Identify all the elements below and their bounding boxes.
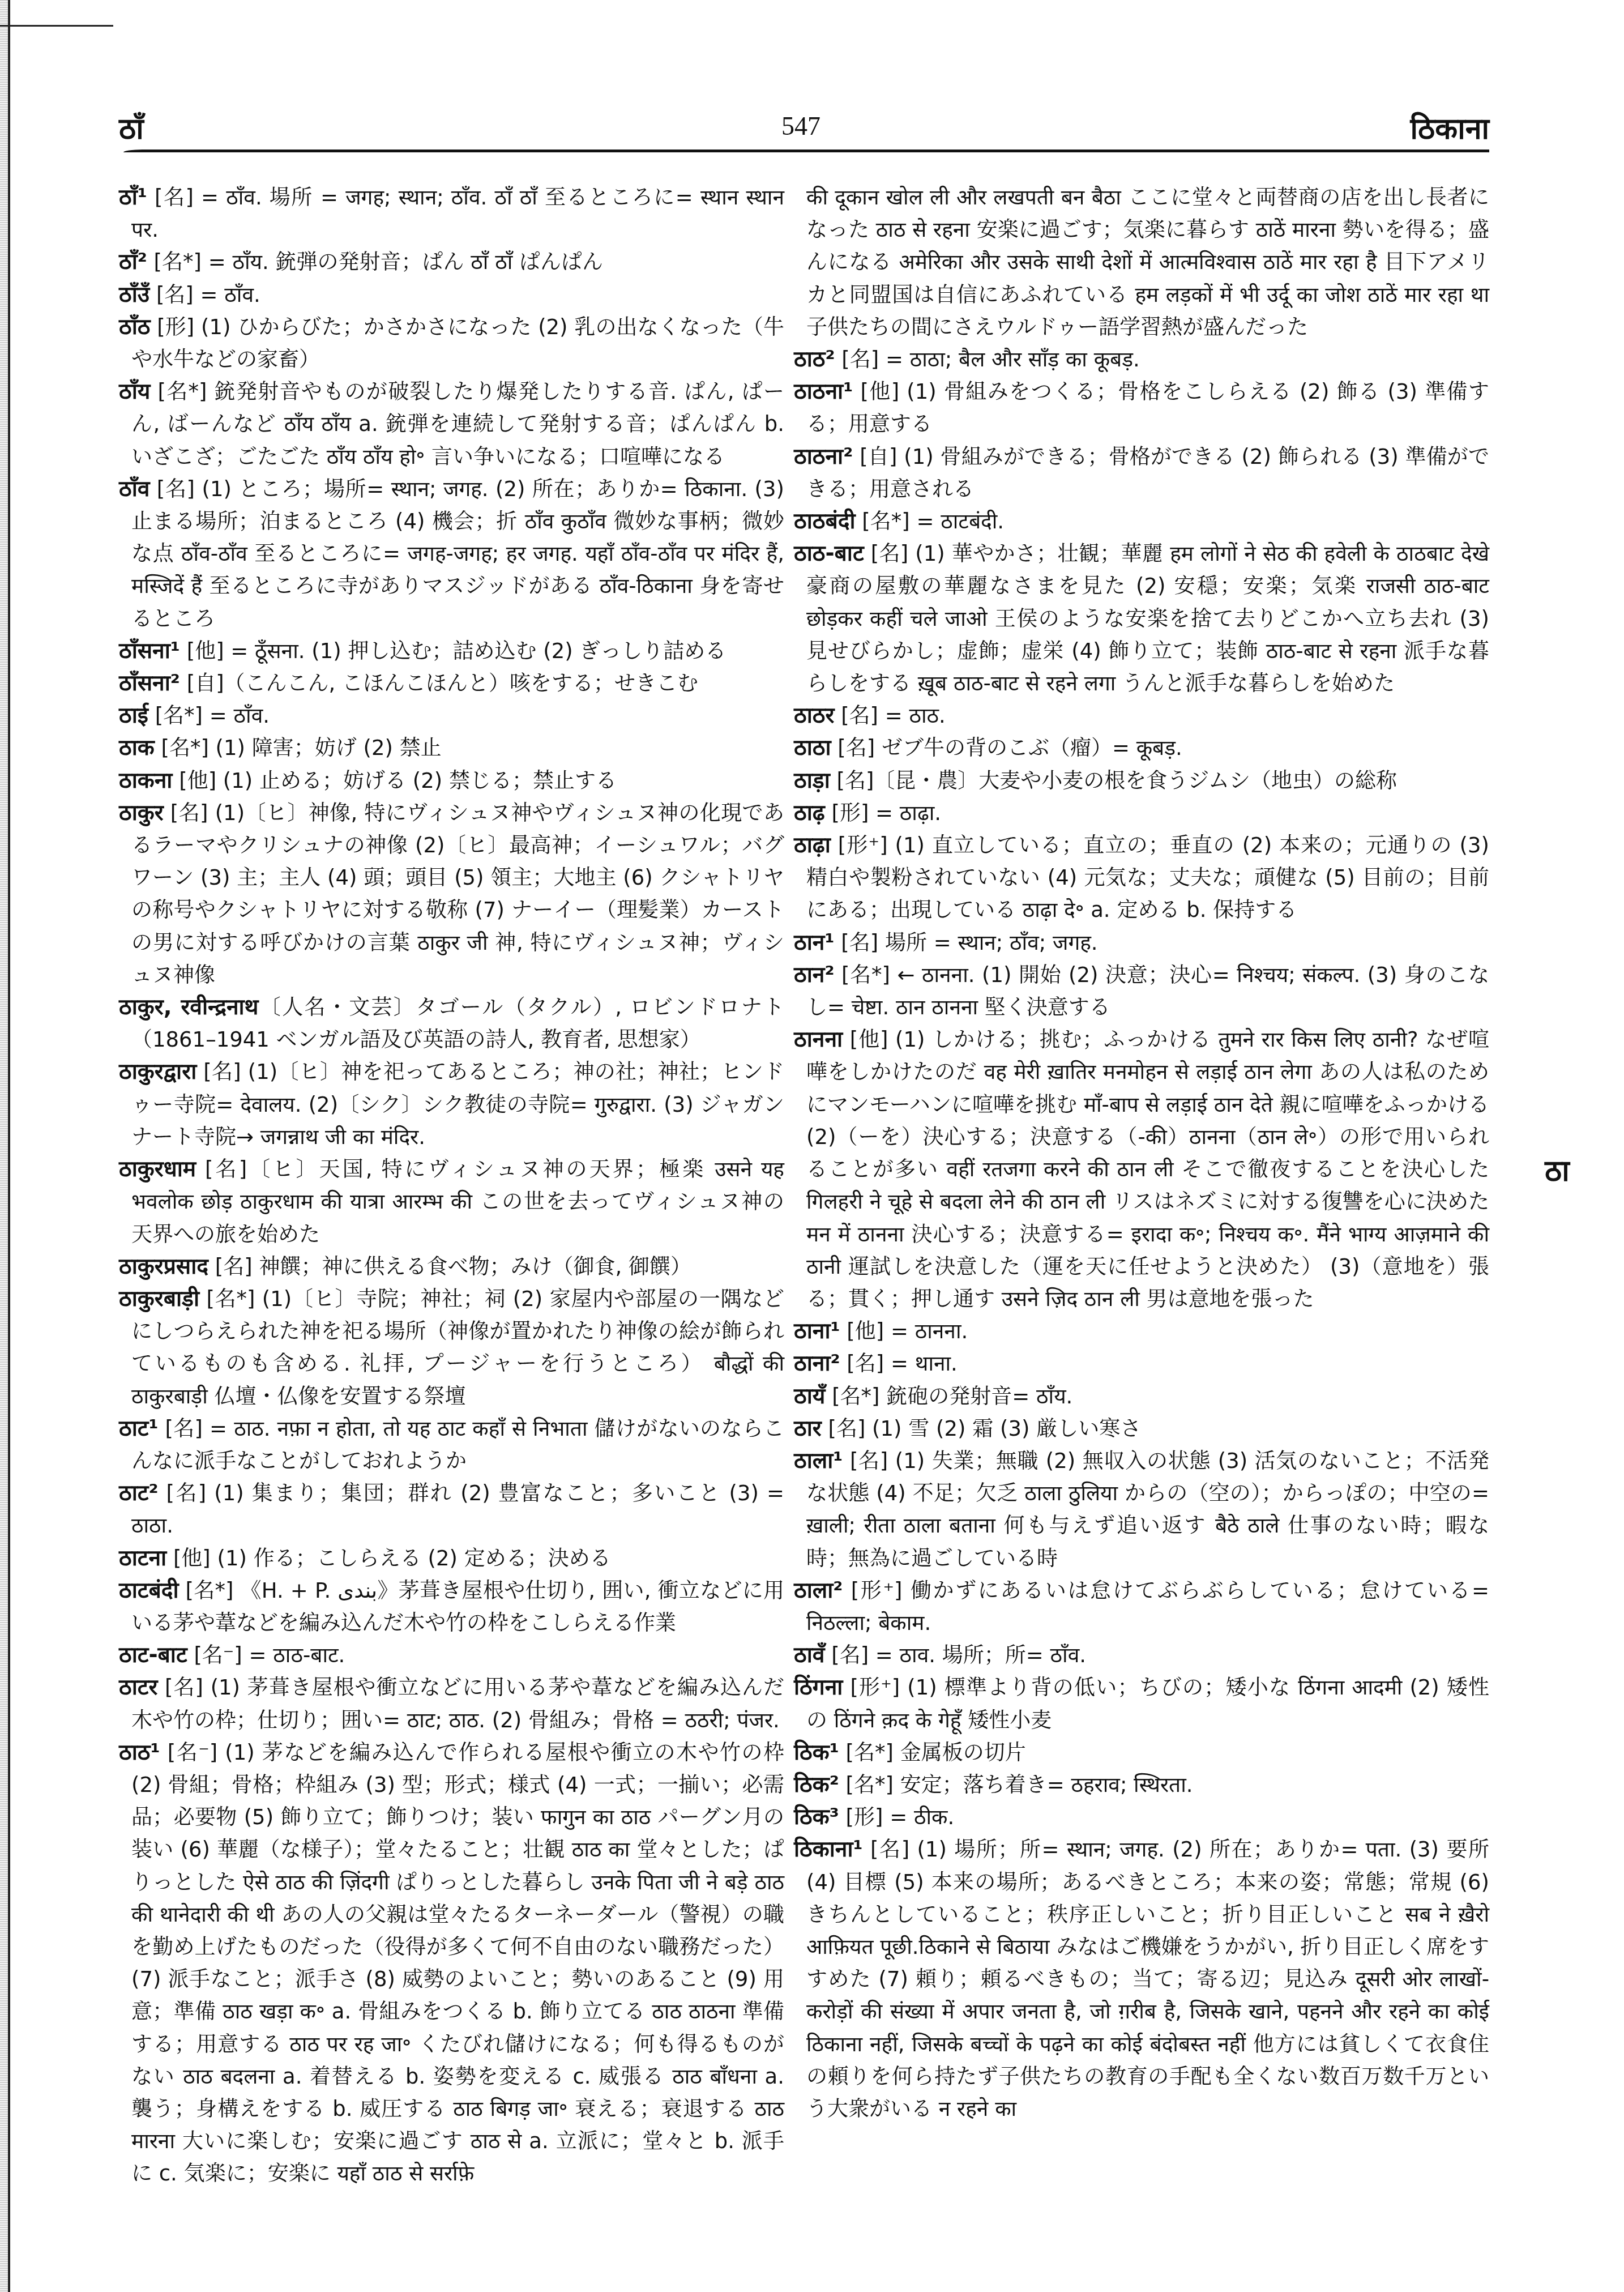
entry-definition: [名] (1)〔ヒ〕神を祀ってあるところ；神の社；神社；ヒンドゥー寺院= देव… bbox=[131, 1060, 784, 1149]
entry-definition: [形] (1) ひからびた；かさかさになった (2) 乳の出なくなった（牛や水牛… bbox=[131, 315, 784, 372]
entry-headword: ठाकुरधाम bbox=[119, 1156, 196, 1182]
entry-definition: [名*] = ठाँय. 銃弾の発射音；ぱん ठाँ ठाँ ぱんぱん bbox=[147, 250, 603, 274]
entry-definition: [名] (1) 雪 (2) 霜 (3) 厳しい寒さ bbox=[822, 1416, 1141, 1441]
entry-headword: ठाटना bbox=[119, 1546, 166, 1571]
entry-headword: ठाट-बाट bbox=[119, 1642, 187, 1668]
dictionary-entry: ठाट² [名] (1) 集まり；集団；群れ (2) 豊富なこと；多いこと (3… bbox=[119, 1477, 784, 1542]
entry-definition: [名] 場所 = स्थान; ठाँव; जगह. bbox=[835, 931, 1098, 955]
entry-definition: [名] (1) 場所；所= स्थान; जगह. (2) 所在；ありか= पत… bbox=[806, 1837, 1489, 2121]
entry-definition: [他] (1) 止める；妨げる (2) 禁じる；禁止する bbox=[172, 769, 617, 793]
entry-headword: ठाँठ bbox=[119, 314, 150, 340]
entry-definition: [名*] 安定；落ち着き= ठहराव; स्थिरता. bbox=[839, 1773, 1193, 1797]
dictionary-entry: ठाटर [名] (1) 茅葺き屋根や衝立などに用いる茅や葦などを編み込んだ木や… bbox=[119, 1671, 784, 1736]
left-column: ठाँ¹ [名] = ठाँव. 場所 = जगह; स्थान; ठाँव. … bbox=[119, 181, 784, 2190]
dictionary-entry: ठिकाना¹ [名] (1) 場所；所= स्थान; जगह. (2) 所在… bbox=[794, 1833, 1489, 2125]
entry-headword: ठाढ़ bbox=[794, 800, 825, 826]
dictionary-entry: ठाठना¹ [他] (1) 骨組みをつくる；骨格をこしらえる (2) 飾る (… bbox=[794, 375, 1489, 440]
entry-headword: ठान² bbox=[794, 962, 835, 988]
entry-headword: ठाँय bbox=[119, 379, 150, 404]
dictionary-entry: ठाकुरप्रसाद [名] 神饌；神に供える食べ物；みけ（御食, 御饌） bbox=[119, 1250, 784, 1283]
entry-definition: [他] (1) しかける；挑む；ふっかける तुमने रार किस लिए … bbox=[806, 1027, 1489, 1311]
dictionary-entry: ठाँ² [名*] = ठाँय. 銃弾の発射音；ぱん ठाँ ठाँ ぱんぱん bbox=[119, 246, 784, 278]
entry-definition: [名]〔ヒ〕天国, 特にヴィシュヌ神の天界；極楽 उसने यह भवलोक छ… bbox=[131, 1157, 784, 1246]
entry-definition: [名] = थाना. bbox=[840, 1351, 958, 1376]
entry-definition: [形⁺] (1) 直立している；直立の；垂直の (2) 本来の；元通りの (3)… bbox=[806, 833, 1489, 922]
dictionary-entry: ठाँव [名] (1) ところ；場所= स्थान; जगह. (2) 所在；… bbox=[119, 473, 784, 635]
entry-definition: [名] = ठाठ. नफ़ा न होता, तो यह ठाट कहाँ स… bbox=[131, 1416, 784, 1473]
dictionary-entry: ठाला² [形⁺] 働かずにあるいは怠けてぶらぶらしている；怠けている= नि… bbox=[794, 1574, 1489, 1639]
entry-definition: [他] = ठानना. bbox=[840, 1319, 968, 1343]
guide-word-right: ठिकाना bbox=[1411, 108, 1489, 148]
page-header: ठाँ 547 ठिकाना bbox=[119, 102, 1489, 147]
dictionary-entry: ठाना² [名] = थाना. bbox=[794, 1347, 1489, 1380]
dictionary-entry: ठाठ² [名] = ठाठा; बैल और साँड़ का कूबड़. bbox=[794, 343, 1489, 375]
entry-headword: ठाठ-बाट bbox=[794, 541, 864, 566]
entry-headword: ठाढ़ा bbox=[794, 833, 831, 858]
entry-definition: की दूकान खोल ली और लखपती बन बैठा ここに堂々と両… bbox=[806, 185, 1489, 339]
entry-definition: [他] (1) 骨組みをつくる；骨格をこしらえる (2) 飾る (3) 準備する… bbox=[806, 379, 1489, 436]
entry-headword: ठाँसना² bbox=[119, 671, 180, 696]
dictionary-entry: की दूकान खोल ली और लखपती बन बैठा ここに堂々と両… bbox=[794, 181, 1489, 343]
dictionary-entry: ठाँय [名*] 銃発射音やものが破裂したり爆発したりする音. ぱん, ぱーん… bbox=[119, 375, 784, 473]
entry-headword: ठाकुर bbox=[119, 800, 164, 826]
entry-definition: [名] = ठाव. 場所；所= ठाँव. bbox=[824, 1643, 1086, 1667]
entry-headword: ठाठबंदी bbox=[794, 509, 856, 534]
entry-definition: [名] 神饌；神に供える食べ物；みけ（御食, 御饌） bbox=[208, 1254, 691, 1279]
entry-headword: ठाना¹ bbox=[794, 1318, 840, 1344]
entry-definition: [形⁺] 働かずにあるいは怠けてぶらぶらしている；怠けている= निठल्ला;… bbox=[806, 1578, 1489, 1635]
entry-headword: ठाठा bbox=[794, 735, 831, 761]
entry-headword: ठिंगना bbox=[794, 1675, 843, 1700]
entry-headword: ठानना bbox=[794, 1027, 843, 1052]
entry-headword: ठाकुरबाड़ी bbox=[119, 1286, 199, 1312]
entry-headword: ठाँसना¹ bbox=[119, 638, 180, 664]
entry-definition: [名] = ठाठा; बैल और साँड़ का कूबड़. bbox=[835, 347, 1140, 372]
dictionary-entry: ठानना [他] (1) しかける；挑む；ふっかける तुमने रार कि… bbox=[794, 1023, 1489, 1315]
entry-definition: [自] (1) 骨組みができる；骨格ができる (2) 飾られる (3) 準備がで… bbox=[806, 445, 1489, 501]
entry-definition: [名⁻] (1) 茅などを編み込んで作られる屋根や衝立の木や竹の枠 (2) 骨組… bbox=[131, 1740, 784, 2186]
entry-definition: [名] (1) 華やかさ；壮観；華麗 हम लोगों ने सेठ की हव… bbox=[806, 541, 1489, 695]
entry-definition: [名*] 金属板の切片 bbox=[839, 1740, 1026, 1765]
dictionary-entry: ठाठबंदी [名*] = ठाटबंदी. bbox=[794, 505, 1489, 537]
entry-definition: [名] (1)〔ヒ〕神像, 特にヴィシュヌ神やヴィシュヌ神の化現であるラーマやク… bbox=[131, 801, 784, 987]
entry-definition: [名]〔昆・農〕大麦や小麦の根を食うジムシ（地虫）の総称 bbox=[830, 769, 1397, 793]
entry-definition: [名*] (1)〔ヒ〕寺院；神社；祠 (2) 家屋内や部屋の一隅などにしつらえら… bbox=[131, 1287, 784, 1409]
entry-headword: ठाना² bbox=[794, 1351, 840, 1376]
entry-headword: ठिक³ bbox=[794, 1804, 839, 1830]
entry-headword: ठाटबंदी bbox=[119, 1578, 179, 1603]
entry-definition: [名*] 銃発射音やものが破裂したり爆発したりする音. ぱん, ぱーん, ばーん… bbox=[131, 379, 784, 468]
entry-definition: [名⁻] = ठाठ-बाट. bbox=[187, 1643, 345, 1667]
dictionary-entry: ठाकुर [名] (1)〔ヒ〕神像, 特にヴィシュヌ神やヴィシュヌ神の化現であ… bbox=[119, 797, 784, 991]
dictionary-entry: ठाटना [他] (1) 作る；こしらえる (2) 定める；決める bbox=[119, 1542, 784, 1574]
entry-definition: [名] (1) 失業；無職 (2) 無収入の状態 (3) 活気のないこと；不活発… bbox=[806, 1449, 1489, 1570]
entry-headword: ठाँव bbox=[119, 476, 149, 502]
entry-headword: ठाई bbox=[119, 703, 148, 728]
entry-headword: ठिकाना¹ bbox=[794, 1837, 863, 1862]
dictionary-entry: ठाकुरबाड़ी [名*] (1)〔ヒ〕寺院；神社；祠 (2) 家屋内や部屋… bbox=[119, 1283, 784, 1412]
entry-headword: ठाकुर, रवीन्द्रनाथ bbox=[119, 995, 259, 1020]
dictionary-entry: ठिक¹ [名*] 金属板の切片 bbox=[794, 1736, 1489, 1769]
dictionary-entry: ठाक [名*] (1) 障害；妨げ (2) 禁止 bbox=[119, 732, 784, 764]
entry-headword: ठाट¹ bbox=[119, 1416, 159, 1441]
entry-definition: [名*] = ठाँव. bbox=[148, 703, 270, 728]
entry-definition: [他] (1) 作る；こしらえる (2) 定める；決める bbox=[166, 1546, 611, 1570]
dictionary-entry: ठाकुरद्वारा [名] (1)〔ヒ〕神を祀ってあるところ；神の社；神社；… bbox=[119, 1056, 784, 1153]
entry-headword: ठाठना¹ bbox=[794, 379, 853, 404]
entry-definition: [名*] = ठाटबंदी. bbox=[856, 509, 1005, 533]
entry-headword: ठाकना bbox=[119, 768, 172, 793]
entry-headword: ठाकुरद्वारा bbox=[119, 1059, 196, 1085]
entry-definition: [名] = ठाँव. 場所 = जगह; स्थान; ठाँव. ठाँ ठ… bbox=[131, 185, 784, 242]
dictionary-entry: ठाड़ा [名]〔昆・農〕大麦や小麦の根を食うジムシ（地虫）の総称 bbox=[794, 765, 1489, 797]
entry-definition: [自]（こんこん, こほんこほんと）咳をする；せきこむ bbox=[180, 671, 698, 695]
dictionary-entry: ठार [名] (1) 雪 (2) 霜 (3) 厳しい寒さ bbox=[794, 1412, 1489, 1445]
dictionary-entry: ठिक³ [形] = ठीक. bbox=[794, 1801, 1489, 1833]
entry-definition: [名*] (1) 障害；妨げ (2) 禁止 bbox=[155, 736, 442, 760]
dictionary-entry: ठाई [名*] = ठाँव. bbox=[119, 699, 784, 732]
entry-headword: ठाँ¹ bbox=[119, 185, 147, 210]
right-column: की दूकान खोल ली और लखपती बन बैठा ここに堂々と両… bbox=[794, 181, 1489, 2125]
dictionary-entry: ठाट¹ [名] = ठाठ. नफ़ा न होता, तो यह ठाट क… bbox=[119, 1412, 784, 1477]
dictionary-entry: ठाठा [名] ゼブ牛の背のこぶ（瘤）= कूबड़. bbox=[794, 732, 1489, 764]
entry-definition: [名] (1) 集まり；集団；群れ (2) 豊富なこと；多いこと (3) = ठ… bbox=[131, 1481, 784, 1538]
dictionary-entry: ठान² [名*] ← ठानना. (1) 開始 (2) 決意；決心= निश… bbox=[794, 959, 1489, 1023]
entry-headword: ठाटर bbox=[119, 1675, 157, 1700]
entry-headword: ठायँ bbox=[794, 1384, 825, 1409]
dictionary-entry: ठाँसना² [自]（こんこん, こほんこほんと）咳をする；せきこむ bbox=[119, 667, 784, 699]
dictionary-entry: ठाटबंदी [名*] 《H. + P. بندی》茅葺き屋根や仕切り, 囲い… bbox=[119, 1574, 784, 1639]
dictionary-entry: ठाला¹ [名] (1) 失業；無職 (2) 無収入の状態 (3) 活気のない… bbox=[794, 1445, 1489, 1574]
entry-headword: ठाट² bbox=[119, 1480, 159, 1506]
entry-headword: ठाँउँ bbox=[119, 282, 149, 308]
thumb-index-tab: ठा bbox=[1545, 1150, 1570, 1190]
dictionary-entry: ठाँठ [形] (1) ひからびた；かさかさになった (2) 乳の出なくなった… bbox=[119, 311, 784, 375]
dictionary-entry: ठाठ¹ [名⁻] (1) 茅などを編み込んで作られる屋根や衝立の木や竹の枠 (… bbox=[119, 1736, 784, 2190]
dictionary-entry: ठिक² [名*] 安定；落ち着き= ठहराव; स्थिरता. bbox=[794, 1769, 1489, 1801]
entry-definition: [名*] 銃砲の発射音= ठाँय. bbox=[825, 1384, 1072, 1409]
entry-headword: ठाक bbox=[119, 735, 155, 761]
dictionary-entry: ठिंगना [形⁺] (1) 標準より背の低い；ちびの；矮小な ठिंगना … bbox=[794, 1671, 1489, 1736]
entry-headword: ठान¹ bbox=[794, 930, 835, 955]
entry-definition: [名] = ठाँव. bbox=[149, 283, 260, 307]
entry-definition: [名] (1) ところ；場所= स्थान; जगह. (2) 所在；ありか= … bbox=[131, 477, 784, 631]
page-top-edge bbox=[0, 25, 113, 27]
entry-definition: [名*] ← ठानना. (1) 開始 (2) 決意；決心= निश्चय; … bbox=[806, 963, 1489, 1019]
entry-definition: [他] = ठूँसना. (1) 押し込む；詰め込む (2) ぎっしり詰める bbox=[180, 639, 726, 663]
entry-definition: [名] ゼブ牛の背のこぶ（瘤）= कूबड़. bbox=[831, 736, 1182, 760]
dictionary-entry: ठाँ¹ [名] = ठाँव. 場所 = जगह; स्थान; ठाँव. … bbox=[119, 181, 784, 246]
entry-definition: [形⁺] (1) 標準より背の低い；ちびの；矮小な ठिंगना आदमी (2… bbox=[806, 1675, 1489, 1732]
book-binding-edge bbox=[0, 0, 10, 2292]
dictionary-entry: ठाना¹ [他] = ठानना. bbox=[794, 1315, 1489, 1347]
entry-headword: ठाड़ा bbox=[794, 768, 830, 793]
entry-definition: [名] (1) 茅葺き屋根や衝立などに用いる茅や葦などを編み込んだ木や竹の枠；仕… bbox=[131, 1675, 784, 1732]
dictionary-entry: ठायँ [名*] 銃砲の発射音= ठाँय. bbox=[794, 1380, 1489, 1412]
entry-headword: ठावँ bbox=[794, 1642, 824, 1668]
dictionary-entry: ठाठना² [自] (1) 骨組みができる；骨格ができる (2) 飾られる (… bbox=[794, 441, 1489, 505]
header-rule bbox=[123, 150, 1489, 152]
entry-definition: [形] = ठाढ़ा. bbox=[825, 801, 941, 825]
entry-headword: ठिक¹ bbox=[794, 1740, 839, 1765]
dictionary-entry: ठाठर [名] = ठाठ. bbox=[794, 699, 1489, 732]
entry-headword: ठाठ² bbox=[794, 347, 835, 372]
dictionary-entry: ठाँसना¹ [他] = ठूँसना. (1) 押し込む；詰め込む (2) … bbox=[119, 635, 784, 667]
dictionary-entry: ठाढ़ा [形⁺] (1) 直立している；直立の；垂直の (2) 本来の；元通… bbox=[794, 829, 1489, 927]
entry-definition: [形] = ठीक. bbox=[839, 1805, 954, 1829]
entry-headword: ठाकुरप्रसाद bbox=[119, 1254, 208, 1279]
dictionary-entry: ठाट-बाट [名⁻] = ठाठ-बाट. bbox=[119, 1639, 784, 1671]
dictionary-entry: ठाठ-बाट [名] (1) 華やかさ；壮観；華麗 हम लोगों ने स… bbox=[794, 537, 1489, 699]
entry-headword: ठाँ² bbox=[119, 249, 147, 275]
entry-headword: ठाला² bbox=[794, 1578, 843, 1603]
entry-headword: ठाठना² bbox=[794, 444, 853, 470]
entry-definition: [名*] 《H. + P. بندی》茅葺き屋根や仕切り, 囲い, 衝立などに用… bbox=[131, 1578, 784, 1635]
dictionary-entry: ठान¹ [名] 場所 = स्थान; ठाँव; जगह. bbox=[794, 927, 1489, 959]
entry-headword: ठाला¹ bbox=[794, 1448, 843, 1474]
entry-headword: ठाठ¹ bbox=[119, 1740, 160, 1765]
entry-headword: ठाठर bbox=[794, 703, 834, 728]
dictionary-entry: ठाँउँ [名] = ठाँव. bbox=[119, 279, 784, 311]
guide-word-left: ठाँ bbox=[119, 108, 144, 148]
entry-definition: [名] = ठाठ. bbox=[834, 703, 946, 728]
dictionary-entry: ठाकना [他] (1) 止める；妨げる (2) 禁じる；禁止する bbox=[119, 765, 784, 797]
dictionary-entry: ठावँ [名] = ठाव. 場所；所= ठाँव. bbox=[794, 1639, 1489, 1671]
dictionary-entry: ठाकुरधाम [名]〔ヒ〕天国, 特にヴィシュヌ神の天界；極楽 उसने य… bbox=[119, 1153, 784, 1250]
entry-headword: ठार bbox=[794, 1416, 822, 1441]
dictionary-entry: ठाकुर, रवीन्द्रनाथ〔人名・文芸〕タゴール（タクル）, ロビンド… bbox=[119, 991, 784, 1056]
page-number: 547 bbox=[781, 111, 820, 141]
entry-headword: ठिक² bbox=[794, 1772, 839, 1798]
dictionary-entry: ठाढ़ [形] = ठाढ़ा. bbox=[794, 797, 1489, 829]
